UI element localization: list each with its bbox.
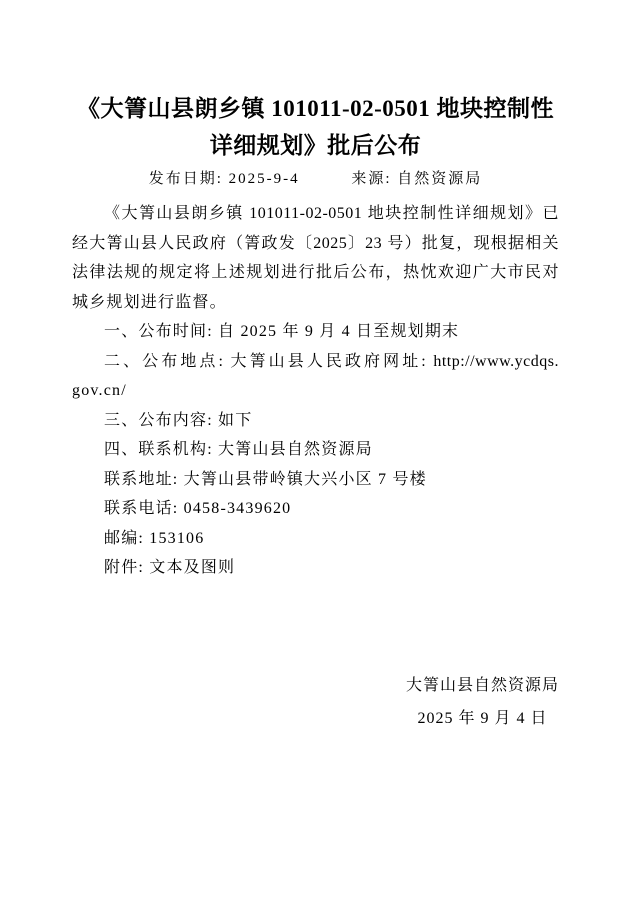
publish-date: 发布日期: 2025-9-4 — [149, 171, 300, 187]
contact-phone: 联系电话: 0458-3439620 — [72, 494, 559, 524]
document-title: 《大箐山县朗乡镇 101011-02-0501 地块控制性详细规划》批后公布 — [72, 90, 559, 164]
signature-inner: 大箐山县自然资源局 2025 年 9 月 4 日 — [406, 669, 559, 735]
item-contact-agency: 四、联系机构: 大箐山县自然资源局 — [72, 435, 559, 465]
intro-paragraph-line-4: 城乡规划进行监督。 — [72, 288, 559, 318]
item-publish-location-line-1: 二、公布地点: 大箐山县人民政府网址: http://www.ycdqs. — [72, 347, 559, 377]
contact-address: 联系地址: 大箐山县带岭镇大兴小区 7 号楼 — [72, 465, 559, 495]
signature-date: 2025 年 9 月 4 日 — [406, 702, 559, 735]
intro-paragraph-line-1: 《大箐山县朗乡镇 101011-02-0501 地块控制性详细规划》已 — [72, 199, 559, 229]
document-content: 《大箐山县朗乡镇 101011-02-0501 地块控制性详细规划》批后公布 发… — [0, 0, 635, 735]
attachment-note: 附件: 文本及图则 — [72, 553, 559, 583]
document-page: 《大箐山县朗乡镇 101011-02-0501 地块控制性详细规划》批后公布 发… — [0, 0, 635, 898]
signature-org: 大箐山县自然资源局 — [406, 669, 559, 702]
intro-paragraph-line-2: 经大箐山县人民政府（箐政发〔2025〕23 号）批复，现根据相关 — [72, 229, 559, 259]
publish-meta: 发布日期: 2025-9-4 来源: 自然资源局 — [72, 168, 559, 190]
signature-block: 大箐山县自然资源局 2025 年 9 月 4 日 — [72, 669, 559, 735]
item-publish-location-line-2: gov.cn/ — [72, 376, 559, 406]
item-publish-time: 一、公布时间: 自 2025 年 9 月 4 日至规划期末 — [72, 317, 559, 347]
document-body: 《大箐山县朗乡镇 101011-02-0501 地块控制性详细规划》已 经大箐山… — [72, 199, 559, 583]
item-publish-content: 三、公布内容: 如下 — [72, 406, 559, 436]
intro-paragraph-line-3: 法律法规的规定将上述规划进行批后公布，热忱欢迎广大市民对 — [72, 258, 559, 288]
source: 来源: 自然资源局 — [351, 168, 482, 190]
postal-code: 邮编: 153106 — [72, 524, 559, 554]
